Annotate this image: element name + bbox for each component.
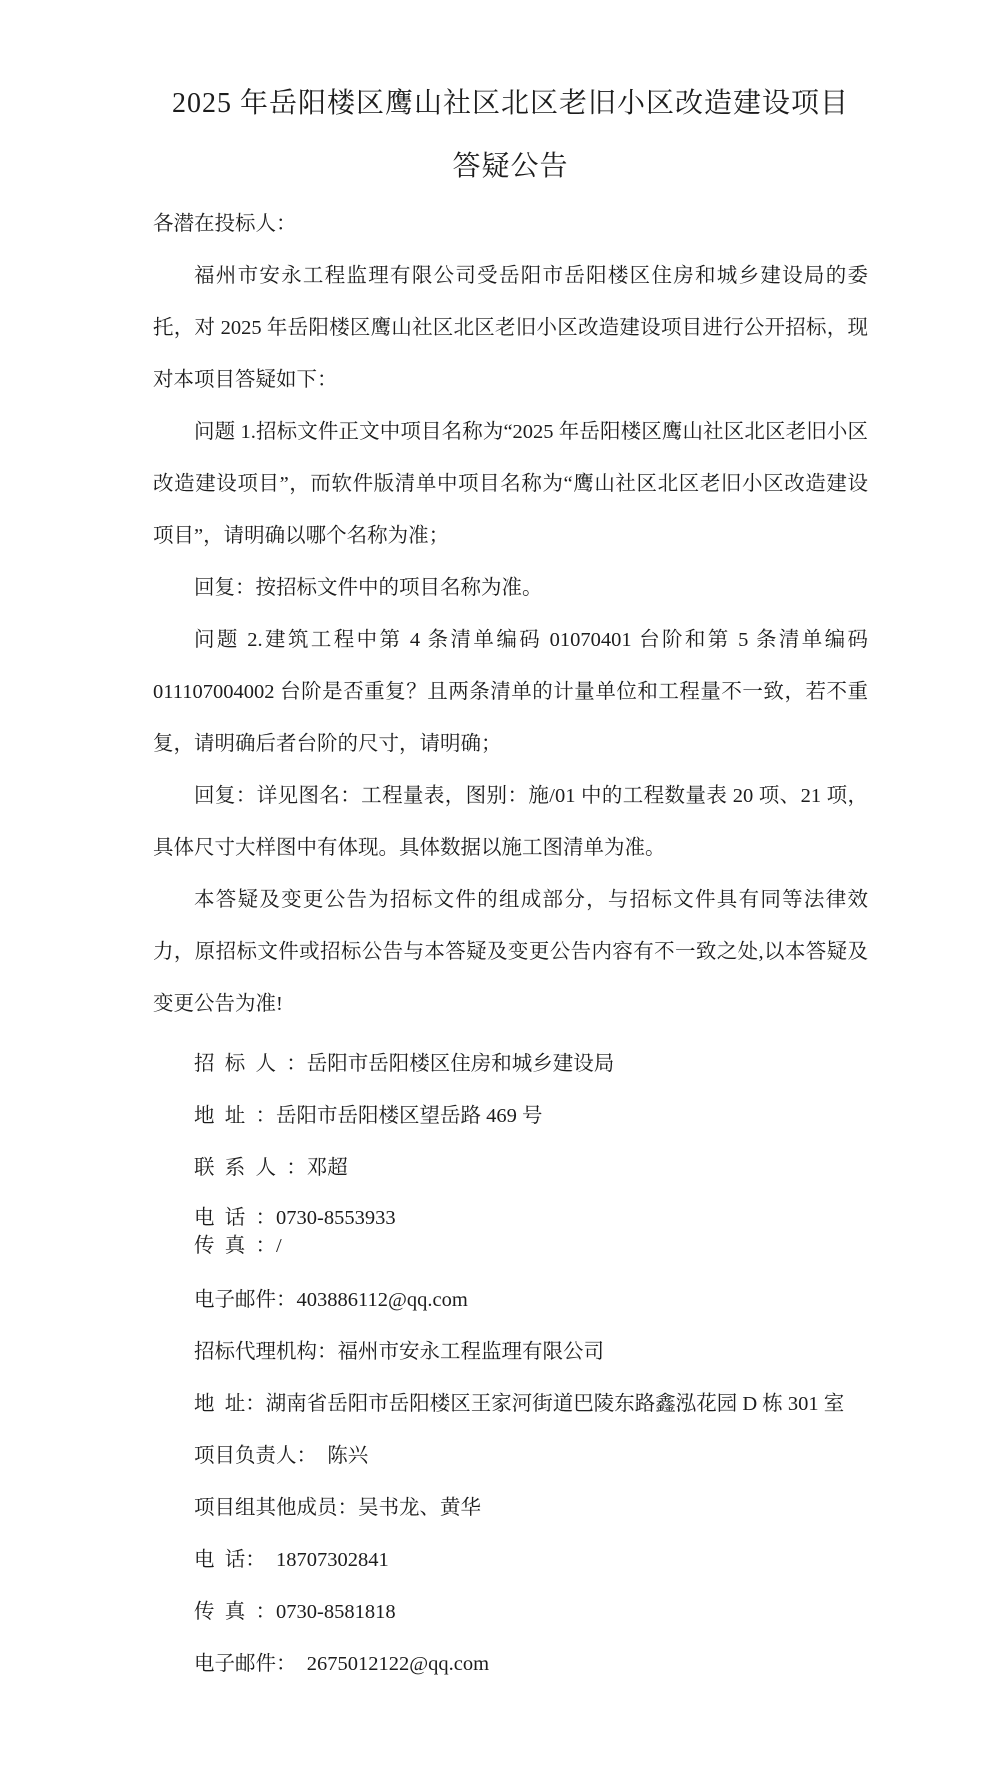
agency-contact-block: 招标代理机构：福州市安永工程监理有限公司 地 址：湖南省岳阳市岳阳楼区王家河街道… [153,1326,868,1690]
tenderer-name-line: 招 标 人 ：岳阳市岳阳楼区住房和城乡建设局 [153,1038,868,1090]
document-title: 2025 年岳阳楼区鹰山社区北区老旧小区改造建设项目 答疑公告 [153,72,868,198]
tenderer-fax-line: 传 真 ：/ [153,1232,868,1260]
tenderer-address-line: 地 址 ：岳阳市岳阳楼区望岳路 469 号 [153,1090,868,1142]
agency-fax-line: 传 真 ：0730-8581818 [153,1586,868,1638]
question-2: 问题 2.建筑工程中第 4 条清单编码 01070401 台阶和第 5 条清单编… [153,614,868,770]
question-1: 问题 1.招标文件正文中项目名称为“2025 年岳阳楼区鹰山社区北区老旧小区改造… [153,406,868,562]
announcement-page: 2025 年岳阳楼区鹰山社区北区老旧小区改造建设项目 答疑公告 各潜在投标人： … [0,0,1000,1775]
answer-1: 回复：按招标文件中的项目名称为准。 [153,562,868,614]
agency-name-line: 招标代理机构：福州市安永工程监理有限公司 [153,1326,868,1378]
closing-paragraph: 本答疑及变更公告为招标文件的组成部分，与招标文件具有同等法律效力，原招标文件或招… [153,874,868,1030]
intro-paragraph: 福州市安永工程监理有限公司受岳阳市岳阳楼区住房和城乡建设局的委托，对 2025 … [153,250,868,406]
tenderer-phone-fax-pair: 电 话 ：0730-8553933 传 真 ：/ [153,1204,868,1260]
title-line-2: 答疑公告 [153,135,868,198]
tenderer-phone-line: 电 话 ：0730-8553933 [153,1204,868,1232]
agency-email-line: 电子邮件： 2675012122@qq.com [153,1638,868,1690]
agency-phone-line: 电 话： 18707302841 [153,1534,868,1586]
title-line-1: 2025 年岳阳楼区鹰山社区北区老旧小区改造建设项目 [153,72,868,135]
answer-2: 回复：详见图名：工程量表，图别：施/01 中的工程数量表 20 项、21 项，具… [153,770,868,874]
tenderer-contact-person-line: 联 系 人 ：邓超 [153,1142,868,1194]
tenderer-contact-block: 招 标 人 ：岳阳市岳阳楼区住房和城乡建设局 地 址 ：岳阳市岳阳楼区望岳路 4… [153,1038,868,1326]
agency-team-members-line: 项目组其他成员：吴书龙、黄华 [153,1482,868,1534]
agency-address-line: 地 址：湖南省岳阳市岳阳楼区王家河街道巴陵东路鑫泓花园 D 栋 301 室 [153,1378,868,1430]
salutation: 各潜在投标人： [153,198,868,250]
document-body: 各潜在投标人： 福州市安永工程监理有限公司受岳阳市岳阳楼区住房和城乡建设局的委托… [153,198,868,1690]
agency-project-lead-line: 项目负责人： 陈兴 [153,1430,868,1482]
tenderer-email-line: 电子邮件：403886112@qq.com [153,1274,868,1326]
